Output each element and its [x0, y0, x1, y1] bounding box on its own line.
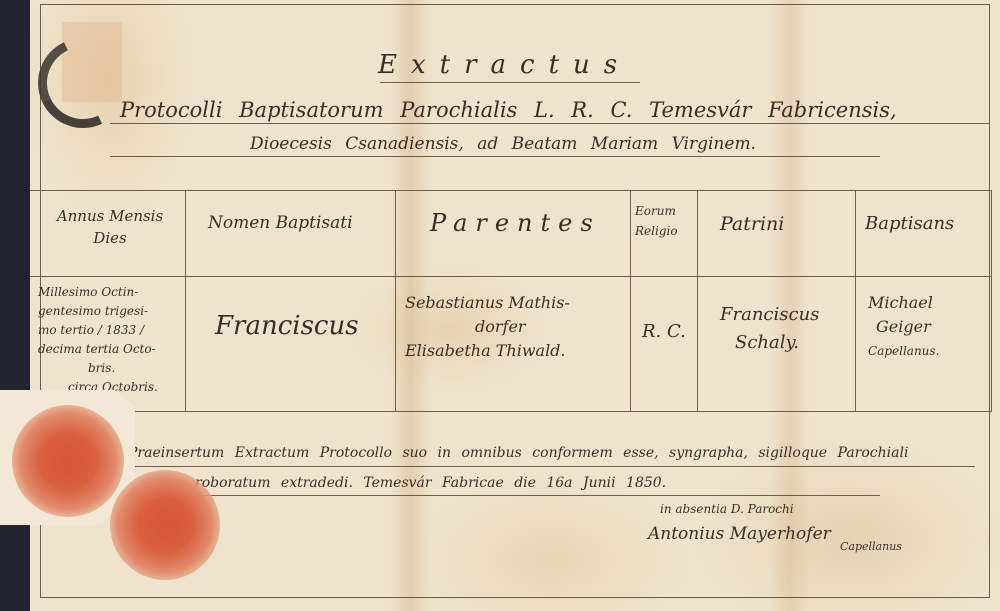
date-line: decima tertia Octo- — [38, 340, 158, 359]
document-title: Extractus — [378, 50, 631, 80]
baptiser-line: Capellanus. — [868, 339, 939, 363]
mother-name: Elisabetha Thiwald. — [405, 341, 566, 360]
godparent-line: Schaly. — [720, 329, 819, 357]
attestation-rule-1 — [125, 466, 975, 467]
baptiser-cell: Michael Geiger Capellanus. — [868, 291, 939, 363]
wax-seal-icon — [12, 405, 124, 517]
date-line: gentesimo trigesi- — [38, 302, 158, 321]
signature: Antonius Mayerhofer — [648, 524, 831, 544]
wax-seal-icon — [110, 470, 220, 580]
godparent-line: Franciscus — [720, 301, 819, 329]
header-name: Nomen Baptisati — [208, 213, 353, 233]
absence-note: in absentia D. Parochi — [660, 502, 794, 516]
attestation-line-2: roboratum extradedi. Temesvár Fabricae d… — [195, 475, 666, 491]
header-parents: Parentes — [430, 209, 601, 237]
date-line: bris. — [38, 359, 158, 378]
signatory-title: Capellanus — [840, 540, 902, 553]
date-cell: Millesimo Octin- gentesimo trigesi- mo t… — [38, 283, 158, 397]
parents-cell: Sebastianus Mathis- dorfer Elisabetha Th… — [405, 291, 570, 363]
godparent-cell: Franciscus Schaly. — [720, 301, 819, 357]
mother-line: Elisabetha Thiwald. — [405, 339, 570, 363]
religion-value: R. C. — [642, 321, 686, 342]
father-name-cont: dorfer — [405, 315, 570, 339]
header-religion: Eorum Religio — [635, 201, 695, 241]
heading-rule-1 — [110, 123, 990, 124]
father-name: Sebastianus Mathis- — [405, 291, 570, 315]
heading-line-1: Protocolli Baptisatorum Parochialis L. R… — [120, 98, 897, 122]
date-line: mo tertio / 1833 / — [38, 321, 158, 340]
attestation-rule-2 — [120, 495, 880, 496]
date-line: Millesimo Octin- — [38, 283, 158, 302]
baptiser-line: Michael — [868, 291, 939, 315]
heading-rule-2 — [110, 156, 880, 157]
heading-line-2: Dioecesis Csanadiensis, ad Beatam Mariam… — [250, 134, 756, 154]
header-divider — [30, 276, 992, 277]
baptism-register-table: Annus Mensis Dies Nomen Baptisati Parent… — [30, 190, 992, 412]
baptiser-line: Geiger — [868, 315, 939, 339]
header-baptiser: Baptisans — [865, 213, 954, 234]
baptised-name: Franciscus — [215, 311, 359, 341]
title-underline — [380, 82, 640, 83]
header-date: Annus Mensis Dies — [40, 205, 180, 249]
header-godparents: Patrini — [720, 213, 784, 235]
attestation-line-1: Praeinsertum Extractum Protocollo suo in… — [128, 445, 908, 461]
